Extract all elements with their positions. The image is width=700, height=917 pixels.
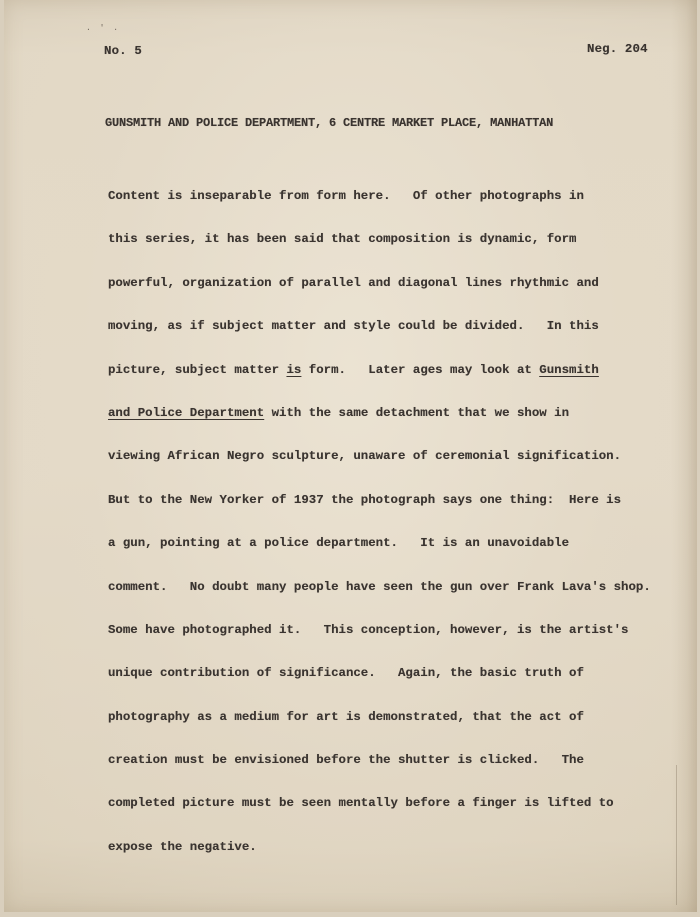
document-number: No. 5 [104,44,142,58]
paper-crease [676,765,677,905]
body-line: powerful, organization of parallel and d… [108,274,651,317]
underlined-text: and Police Department [108,406,264,420]
body-line: creation must be envisioned before the s… [108,751,651,794]
underlined-text: Gunsmith [539,363,599,377]
body-line: completed picture must be seen mentally … [108,794,651,837]
ink-specks: . ' . [86,24,120,33]
negative-number: Neg. 204 [587,42,648,56]
page-edge-shadow [671,0,697,912]
body-line: a gun, pointing at a police department. … [108,534,651,577]
body-line: picture, subject matter is form. Later a… [108,361,651,404]
line-text: Some have photographed it. This concepti… [108,623,629,637]
line-text: moving, as if subject matter and style c… [108,319,599,333]
body-line: viewing African Negro sculpture, unaware… [108,447,651,490]
line-text: powerful, organization of parallel and d… [108,276,599,290]
line-text: photography as a medium for art is demon… [108,710,584,724]
line-text: completed picture must be seen mentally … [108,796,614,810]
body-line: But to the New Yorker of 1937 the photog… [108,491,651,534]
body-line: photography as a medium for art is demon… [108,708,651,751]
body-line: and Police Department with the same deta… [108,404,651,447]
line-text: picture, subject matter [108,363,286,377]
line-text: expose the negative. [108,840,257,854]
body-line: Content is inseparable from form here. O… [108,187,651,230]
body-line: moving, as if subject matter and style c… [108,317,651,360]
line-text: with the same detachment that we show in [264,406,569,420]
body-line: expose the negative. [108,838,651,881]
line-text: this series, it has been said that compo… [108,232,576,246]
line-text: Content is inseparable from form here. O… [108,189,584,203]
body-line: this series, it has been said that compo… [108,230,651,273]
body-line: unique contribution of significance. Aga… [108,664,651,707]
line-text: comment. No doubt many people have seen … [108,580,651,594]
line-text: a gun, pointing at a police department. … [108,536,569,550]
document-title: GUNSMITH AND POLICE DEPARTMENT, 6 CENTRE… [105,116,553,130]
body-line: comment. No doubt many people have seen … [108,578,651,621]
typed-page: . ' . No. 5 Neg. 204 GUNSMITH AND POLICE… [4,0,697,912]
line-text: viewing African Negro sculpture, unaware… [108,449,621,463]
body-text: Content is inseparable from form here. O… [108,187,651,881]
underlined-text: is [286,363,301,377]
line-text: unique contribution of significance. Aga… [108,666,584,680]
line-text: form. Later ages may look at [301,363,539,377]
body-line: Some have photographed it. This concepti… [108,621,651,664]
line-text: But to the New Yorker of 1937 the photog… [108,493,621,507]
line-text: creation must be envisioned before the s… [108,753,584,767]
